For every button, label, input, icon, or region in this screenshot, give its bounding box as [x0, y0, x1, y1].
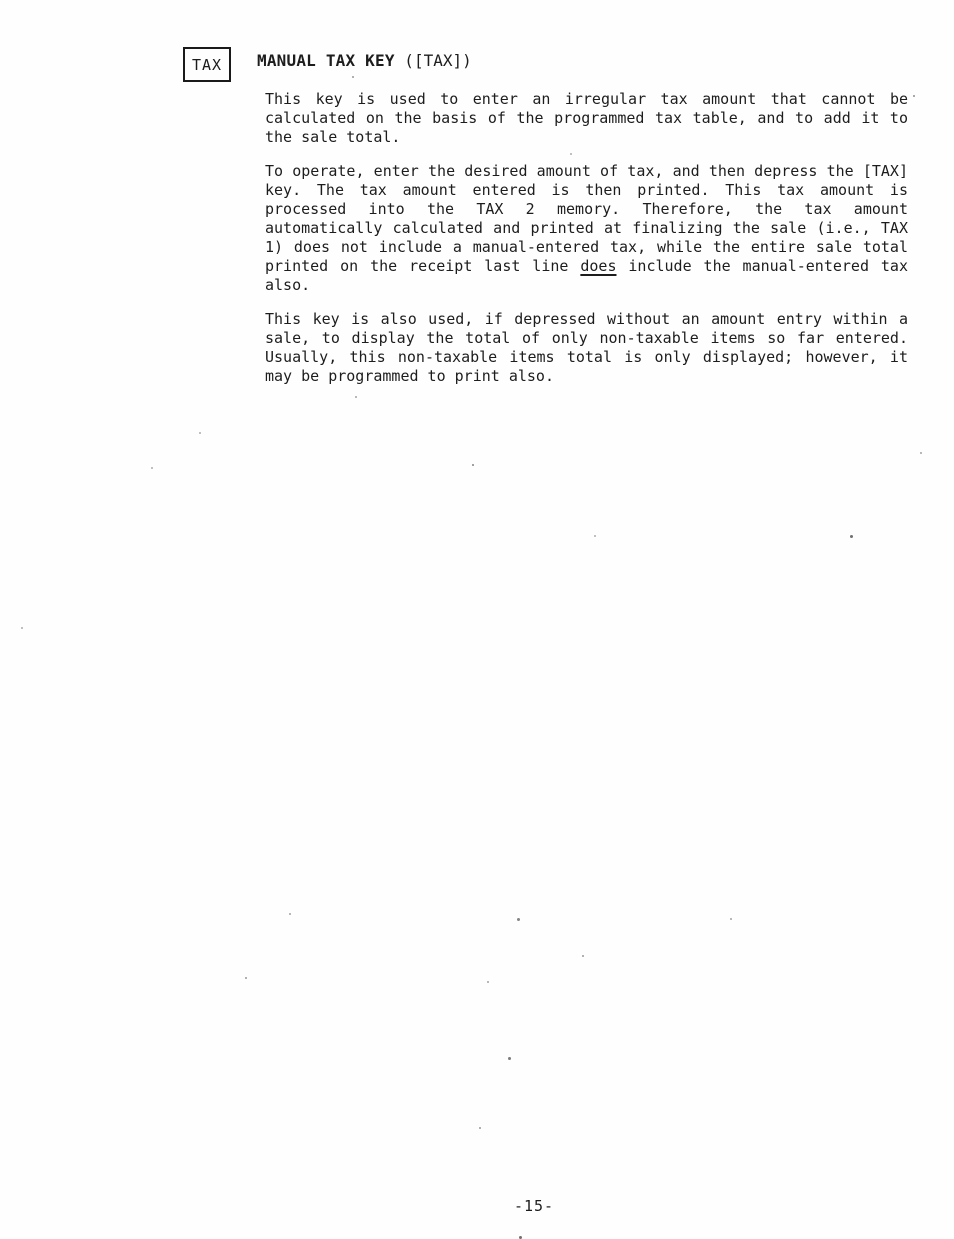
text-line: calculated on the basis of the programme… — [265, 109, 908, 128]
underlined-word: does — [580, 257, 616, 275]
text-segment: key. The tax amount entered is then prin… — [265, 181, 908, 199]
text-segment: processed into the TAX 2 memory. Therefo… — [265, 200, 908, 218]
scan-speck — [920, 452, 922, 454]
scan-speck — [151, 467, 153, 469]
heading-title: MANUAL TAX KEY — [257, 51, 395, 70]
text-segment: To operate, enter the desired amount of … — [265, 162, 908, 180]
paragraph: This key is also used, if depressed with… — [265, 310, 908, 386]
text-segment: This key is used to enter an irregular t… — [265, 90, 908, 108]
text-segment: printed on the receipt last line — [265, 257, 580, 275]
scan-speck — [245, 977, 247, 979]
text-line: This key is used to enter an irregular t… — [265, 90, 908, 109]
page-number: -15- — [514, 1197, 554, 1215]
text-segment: include the manual-entered tax — [616, 257, 908, 275]
text-line: This key is also used, if depressed with… — [265, 310, 908, 329]
text-line: key. The tax amount entered is then prin… — [265, 181, 908, 200]
tax-key-label: TAX — [192, 56, 222, 74]
heading-key-reference: ([TAX]) — [395, 51, 472, 70]
text-segment: may be programmed to print also. — [265, 367, 554, 385]
scan-speck — [355, 396, 357, 398]
scan-speck — [730, 918, 732, 920]
scan-speck — [479, 1127, 481, 1129]
section-heading: MANUAL TAX KEY ([TAX]) — [257, 51, 472, 70]
text-segment: automatically calculated and printed at … — [265, 219, 908, 237]
scan-speck — [594, 535, 596, 537]
scan-speck — [21, 627, 23, 629]
document-page: TAX MANUAL TAX KEY ([TAX]) This key is u… — [0, 0, 954, 1239]
scan-speck — [199, 432, 201, 434]
scan-speck — [487, 981, 489, 983]
text-segment: Usually, this non-taxable items total is… — [265, 348, 908, 366]
text-segment: This key is also used, if depressed with… — [265, 310, 908, 328]
text-line: printed on the receipt last line does in… — [265, 257, 908, 276]
text-segment: the sale total. — [265, 128, 400, 146]
scan-speck — [517, 918, 520, 921]
scan-speck — [508, 1057, 511, 1060]
text-line: also. — [265, 276, 908, 295]
scan-speck — [289, 913, 291, 915]
text-line: the sale total. — [265, 128, 908, 147]
paragraph: This key is used to enter an irregular t… — [265, 90, 908, 147]
text-segment: 1) does not include a manual-entered tax… — [265, 238, 908, 256]
scan-speck — [352, 76, 354, 78]
text-line: automatically calculated and printed at … — [265, 219, 908, 238]
text-line: 1) does not include a manual-entered tax… — [265, 238, 908, 257]
text-line: To operate, enter the desired amount of … — [265, 162, 908, 181]
scan-speck — [570, 153, 572, 155]
text-segment: calculated on the basis of the programme… — [265, 109, 908, 127]
scan-speck — [913, 95, 915, 97]
text-line: may be programmed to print also. — [265, 367, 908, 386]
text-segment: also. — [265, 276, 310, 294]
paragraph: To operate, enter the desired amount of … — [265, 162, 908, 295]
scan-speck — [472, 464, 474, 466]
text-segment: sale, to display the total of only non-t… — [265, 329, 908, 347]
scan-speck — [582, 955, 584, 957]
text-line: processed into the TAX 2 memory. Therefo… — [265, 200, 908, 219]
body-text: This key is used to enter an irregular t… — [265, 90, 908, 401]
tax-key-box: TAX — [183, 47, 231, 82]
text-line: Usually, this non-taxable items total is… — [265, 348, 908, 367]
scan-speck — [850, 535, 853, 538]
text-line: sale, to display the total of only non-t… — [265, 329, 908, 348]
